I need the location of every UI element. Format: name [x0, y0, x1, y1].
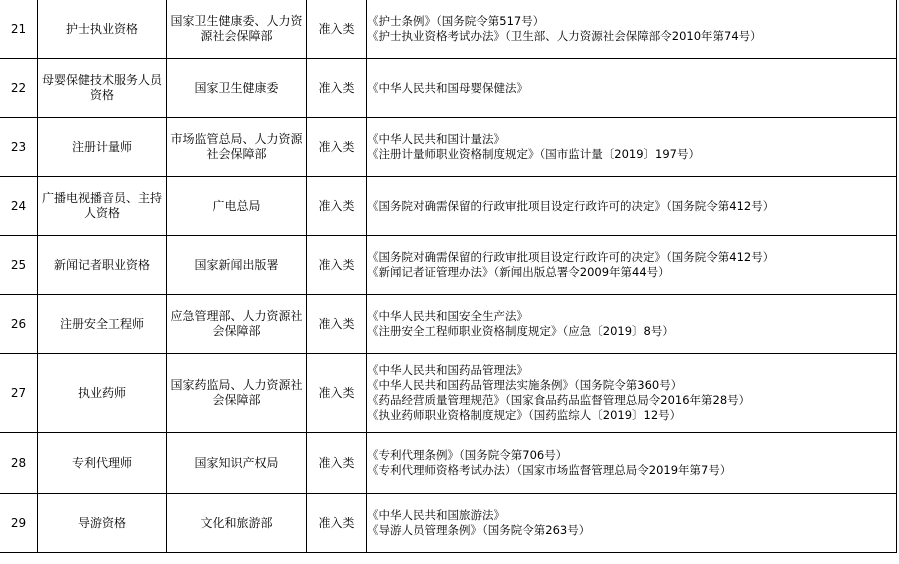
basis-line: 《专利代理师资格考试办法）（国家市场监督管理总局令2019年第7号） [367, 463, 896, 478]
basis-line: 《中华人民共和国计量法》 [367, 132, 896, 147]
table-row: 23 注册计量师 市场监管总局、人力资源社会保障部 准入类 《中华人民共和国计量… [0, 118, 897, 177]
qualification-name: 护士执业资格 [38, 0, 167, 59]
legal-basis: 《中华人民共和国安全生产法》 《注册安全工程师职业资格制度规定》（应急〔2019… [367, 295, 897, 354]
basis-line: 《导游人员管理条例》（国务院令第263号） [367, 523, 896, 538]
basis-line: 《中华人民共和国母婴保健法》 [367, 81, 896, 96]
qualification-type: 准入类 [307, 494, 367, 553]
basis-line: 《专利代理条例》（国务院令第706号） [367, 448, 896, 463]
basis-line: 《新闻记者证管理办法》（新闻出版总署令2009年第44号） [367, 265, 896, 280]
basis-line: 《国务院对确需保留的行政审批项目设定行政许可的决定》（国务院令第412号） [367, 199, 896, 214]
qualification-name: 广播电视播音员、主持人资格 [38, 177, 167, 236]
row-number: 28 [0, 433, 38, 494]
department: 国家新闻出版署 [167, 236, 307, 295]
basis-line: 《执业药师职业资格制度规定》（国药监综人〔2019〕12号） [367, 408, 896, 423]
basis-line: 《药品经营质量管理规范》（国家食品药品监督管理总局令2016年第28号） [367, 393, 896, 408]
table-row: 24 广播电视播音员、主持人资格 广电总局 准入类 《国务院对确需保留的行政审批… [0, 177, 897, 236]
row-number: 26 [0, 295, 38, 354]
department: 广电总局 [167, 177, 307, 236]
row-number: 22 [0, 59, 38, 118]
qualification-type: 准入类 [307, 177, 367, 236]
table-row: 22 母婴保健技术服务人员资格 国家卫生健康委 准入类 《中华人民共和国母婴保健… [0, 59, 897, 118]
qualification-type: 准入类 [307, 118, 367, 177]
qualification-name: 专利代理师 [38, 433, 167, 494]
qualification-table: 21 护士执业资格 国家卫生健康委、人力资源社会保障部 准入类 《护士条例》（国… [0, 0, 897, 553]
department: 市场监管总局、人力资源社会保障部 [167, 118, 307, 177]
qualification-name: 注册安全工程师 [38, 295, 167, 354]
qualification-type: 准入类 [307, 354, 367, 433]
qualification-type: 准入类 [307, 0, 367, 59]
table-row: 28 专利代理师 国家知识产权局 准入类 《专利代理条例》（国务院令第706号）… [0, 433, 897, 494]
basis-line: 《中华人民共和国药品管理法实施条例》（国务院令第360号） [367, 378, 896, 393]
legal-basis: 《中华人民共和国母婴保健法》 [367, 59, 897, 118]
department: 国家知识产权局 [167, 433, 307, 494]
legal-basis: 《护士条例》（国务院令第517号） 《护士执业资格考试办法》（卫生部、人力资源社… [367, 0, 897, 59]
department: 国家卫生健康委、人力资源社会保障部 [167, 0, 307, 59]
qualification-type: 准入类 [307, 433, 367, 494]
basis-line: 《中华人民共和国药品管理法》 [367, 363, 896, 378]
qualification-name: 执业药师 [38, 354, 167, 433]
row-number: 25 [0, 236, 38, 295]
qualification-name: 新闻记者职业资格 [38, 236, 167, 295]
department: 国家卫生健康委 [167, 59, 307, 118]
qualification-name: 母婴保健技术服务人员资格 [38, 59, 167, 118]
qualification-name: 导游资格 [38, 494, 167, 553]
basis-line: 《中华人民共和国安全生产法》 [367, 309, 896, 324]
department: 国家药监局、人力资源社会保障部 [167, 354, 307, 433]
legal-basis: 《国务院对确需保留的行政审批项目设定行政许可的决定》（国务院令第412号） 《新… [367, 236, 897, 295]
row-number: 24 [0, 177, 38, 236]
qualification-type: 准入类 [307, 295, 367, 354]
table-row: 21 护士执业资格 国家卫生健康委、人力资源社会保障部 准入类 《护士条例》（国… [0, 0, 897, 59]
legal-basis: 《专利代理条例》（国务院令第706号） 《专利代理师资格考试办法）（国家市场监督… [367, 433, 897, 494]
qualification-type: 准入类 [307, 236, 367, 295]
basis-line: 《注册计量师职业资格制度规定》（国市监计量〔2019〕197号） [367, 147, 896, 162]
department: 文化和旅游部 [167, 494, 307, 553]
table-row: 27 执业药师 国家药监局、人力资源社会保障部 准入类 《中华人民共和国药品管理… [0, 354, 897, 433]
basis-line: 《中华人民共和国旅游法》 [367, 508, 896, 523]
basis-line: 《注册安全工程师职业资格制度规定》（应急〔2019〕8号） [367, 324, 896, 339]
qualification-name: 注册计量师 [38, 118, 167, 177]
row-number: 27 [0, 354, 38, 433]
table-row: 26 注册安全工程师 应急管理部、人力资源社会保障部 准入类 《中华人民共和国安… [0, 295, 897, 354]
legal-basis: 《中华人民共和国药品管理法》 《中华人民共和国药品管理法实施条例》（国务院令第3… [367, 354, 897, 433]
qualification-type: 准入类 [307, 59, 367, 118]
basis-line: 《护士执业资格考试办法》（卫生部、人力资源社会保障部令2010年第74号） [367, 29, 896, 44]
row-number: 23 [0, 118, 38, 177]
table-row: 25 新闻记者职业资格 国家新闻出版署 准入类 《国务院对确需保留的行政审批项目… [0, 236, 897, 295]
legal-basis: 《中华人民共和国旅游法》 《导游人员管理条例》（国务院令第263号） [367, 494, 897, 553]
table-row: 29 导游资格 文化和旅游部 准入类 《中华人民共和国旅游法》 《导游人员管理条… [0, 494, 897, 553]
legal-basis: 《中华人民共和国计量法》 《注册计量师职业资格制度规定》（国市监计量〔2019〕… [367, 118, 897, 177]
basis-line: 《护士条例》（国务院令第517号） [367, 14, 896, 29]
row-number: 29 [0, 494, 38, 553]
department: 应急管理部、人力资源社会保障部 [167, 295, 307, 354]
row-number: 21 [0, 0, 38, 59]
basis-line: 《国务院对确需保留的行政审批项目设定行政许可的决定》（国务院令第412号） [367, 250, 896, 265]
legal-basis: 《国务院对确需保留的行政审批项目设定行政许可的决定》（国务院令第412号） [367, 177, 897, 236]
